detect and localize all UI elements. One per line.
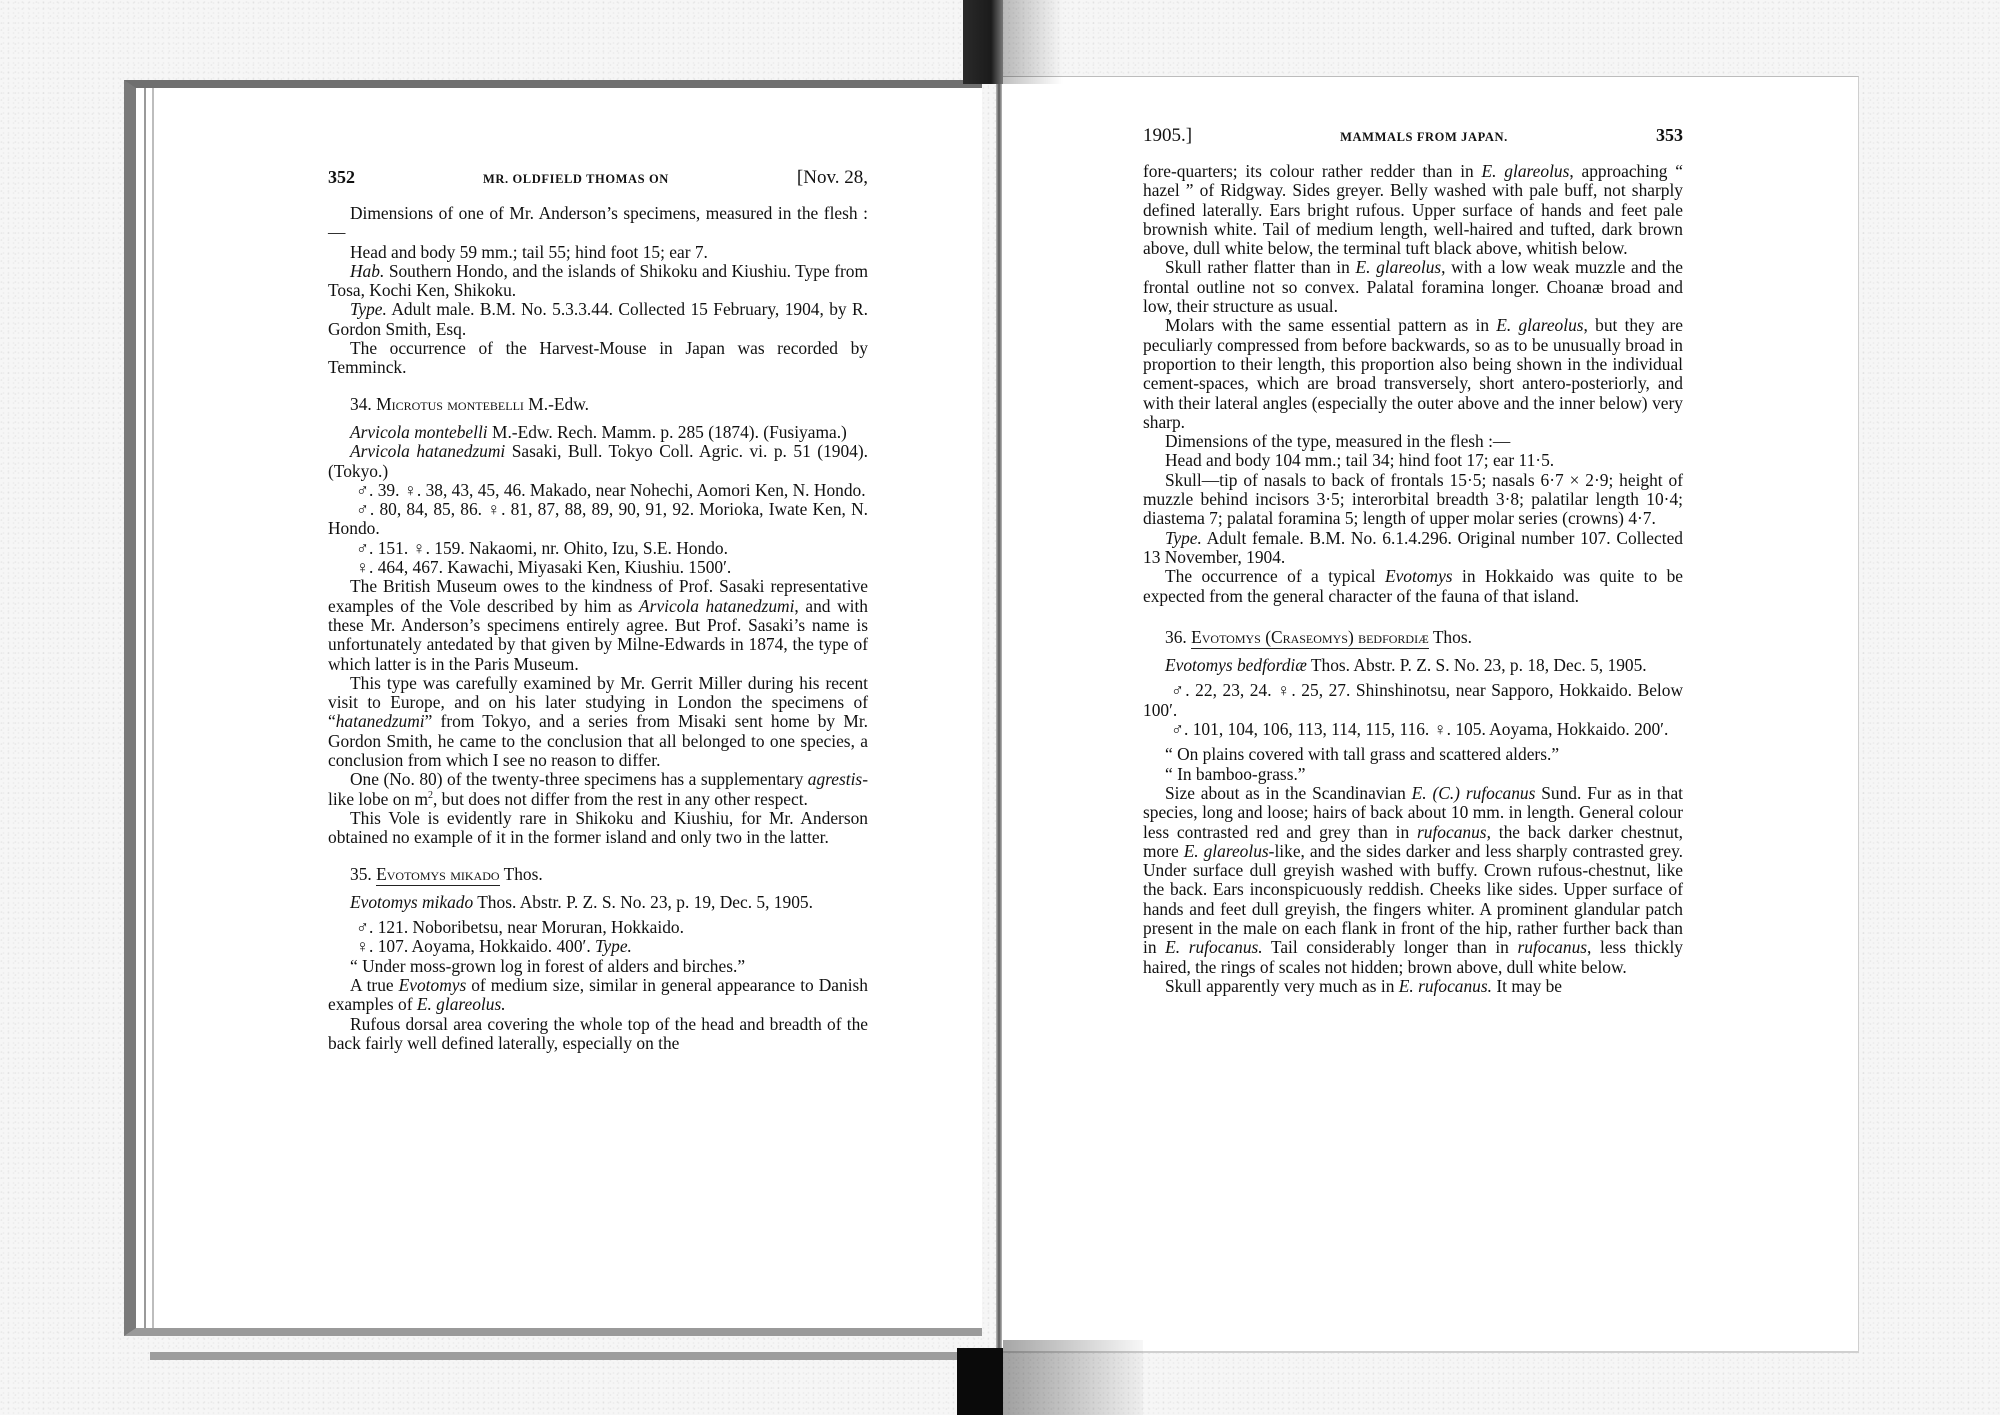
text: Molars with the same essential pattern a… [1165,315,1496,335]
running-title: MAMMALS FROM JAPAN. [1340,128,1508,147]
running-head: 352 MR. OLDFIELD THOMAS ON [Nov. 28, [328,168,868,190]
paragraph: Molars with the same essential pattern a… [1143,316,1683,432]
species-name: Evotomys bedfordiæ [1165,655,1307,675]
paragraph: The British Museum owes to the kindness … [328,577,868,673]
synonym-name: Arvicola hatanedzumi [350,441,505,461]
author: M.-Edw. [528,394,589,414]
reference-text: Thos. Abstr. P. Z. S. No. 23, p. 18, Dec… [1307,655,1647,675]
section-heading-36: 36. Evotomys (Craseomys) bedfordiæ Thos. [1143,628,1683,647]
quote: “ Under moss-grown log in forest of alde… [328,957,868,976]
italic-text: Arvicola hatanedzumi [639,596,794,616]
specimen-list: ♀. 464, 467. Kawachi, Miyasaki Ken, Kius… [328,558,868,577]
text: ♀. 107. Aoyama, Hokkaido. 400′. [356,936,595,956]
paragraph: Skull apparently very much as in E. rufo… [1143,977,1683,996]
paragraph: fore-quarters; its colour rather redder … [1143,162,1683,258]
running-head: 1905.] MAMMALS FROM JAPAN. 353 [1143,126,1683,148]
specimen-list: ♀. 107. Aoyama, Hokkaido. 400′. Type. [328,937,868,956]
synonym: Arvicola montebelli M.-Edw. Rech. Mamm. … [328,423,868,442]
paragraph: Rufous dorsal area covering the whole to… [328,1015,868,1054]
paragraph: Head and body 104 mm.; tail 34; hind foo… [1143,451,1683,470]
synonym-name: Arvicola montebelli [350,422,488,442]
text: Skull rather flatter than in [1165,257,1355,277]
italic-text: agrestis [808,769,862,789]
italic-text: E. rufocanus. [1165,937,1262,957]
paragraph: A true Evotomys of medium size, similar … [328,976,868,1015]
paragraph: Skull rather flatter than in E. glareolu… [1143,258,1683,316]
italic-text: E. glareolus. [417,994,506,1014]
paragraph: Type. Adult female. B.M. No. 6.1.4.296. … [1143,529,1683,568]
paragraph: Head and body 59 mm.; tail 55; hind foot… [328,243,868,262]
italic-text: rufocanus [1517,937,1587,957]
text: It may be [1492,976,1562,996]
left-page: 352 MR. OLDFIELD THOMAS ON [Nov. 28, Dim… [328,168,868,1053]
label: Hab. [350,261,384,281]
section-number: 34. [350,394,372,414]
text: fore-quarters; its colour rather redder … [1143,161,1482,181]
author: Thos. [1433,627,1472,647]
spine-shadow [1003,0,1063,84]
specimen-list: ♂. 151. ♀. 159. Nakaomi, nr. Ohito, Izu,… [328,539,868,558]
section-heading-34: 34. Microtus montebelli M.-Edw. [328,395,868,414]
italic-text: E. glareolus [1496,315,1583,335]
paragraph: The occurrence of the Harvest-Mouse in J… [328,339,868,378]
paragraph: This Vole is evidently rare in Shikoku a… [328,809,868,848]
paragraph: Dimensions of the type, measured in the … [1143,432,1683,451]
text: Skull apparently very much as in [1165,976,1399,996]
author: Thos. [504,864,543,884]
reference: Evotomys bedfordiæ Thos. Abstr. P. Z. S.… [1143,656,1683,675]
reference-text: Thos. Abstr. P. Z. S. No. 23, p. 19, Dec… [473,892,813,912]
text: One (No. 80) of the twenty-three specime… [350,769,808,789]
text: , but does not differ from the rest in a… [433,789,808,809]
section-heading-35: 35. Evotomys mikado Thos. [328,865,868,884]
right-page: 1905.] MAMMALS FROM JAPAN. 353 fore-quar… [1143,126,1683,996]
italic-text: E. glareolus [1482,161,1570,181]
text: Adult female. B.M. No. 6.1.4.296. Origin… [1143,528,1683,567]
specimen-list: ♂. 80, 84, 85, 86. ♀. 81, 87, 88, 89, 90… [328,500,868,539]
species-name: Evotomys mikado [376,864,499,886]
running-title: MR. OLDFIELD THOMAS ON [483,170,669,189]
reference: Evotomys mikado Thos. Abstr. P. Z. S. No… [328,893,868,912]
italic-text: rufocanus [1417,822,1487,842]
paragraph: Type. Adult male. B.M. No. 5.3.3.44. Col… [328,300,868,339]
page-number: 353 [1656,126,1683,145]
type-label: Type. [595,936,632,956]
spine-shadow [1003,1340,1143,1415]
italic-text: Evotomys [399,975,467,995]
text: Southern Hondo, and the islands of Shiko… [328,261,868,300]
specimen-list: ♂. 101, 104, 106, 113, 114, 115, 116. ♀.… [1143,720,1683,739]
italic-text: E. glareolus [1184,841,1269,861]
specimen-list: ♂. 22, 23, 24. ♀. 25, 27. Shinshinotsu, … [1143,681,1683,720]
book-spine-bottom [957,1348,1003,1415]
date-bracket: [Nov. 28, [797,168,868,187]
book-gutter [996,84,1002,1348]
italic-text: E. glareolus [1355,257,1441,277]
paragraph: Hab. Southern Hondo, and the islands of … [328,262,868,301]
synonym: Arvicola hatanedzumi Sasaki, Bull. Tokyo… [328,442,868,481]
quote: “ On plains covered with tall grass and … [1143,745,1683,764]
species-name: Evotomys (Craseomys) bedfordiæ [1191,627,1429,649]
paragraph: Size about as in the Scandinavian E. (C.… [1143,784,1683,977]
text: The occurrence of a typical [1165,566,1385,586]
italic-text: E. rufocanus. [1399,976,1492,996]
page-stack-edge [150,1352,960,1360]
paragraph: The occurrence of a typical Evotomys in … [1143,567,1683,606]
paragraph: One (No. 80) of the twenty-three specime… [328,770,868,809]
reference: M.-Edw. Rech. Mamm. p. 285 (1874). (Fusi… [488,422,847,442]
specimen-list: ♂. 39. ♀. 38, 43, 45, 46. Makado, near N… [328,481,868,500]
book-spine-top [963,0,1003,84]
species-name: Microtus montebelli [376,394,524,414]
page-number: 352 [328,168,355,187]
section-number: 35. [350,864,372,884]
paragraph: Dimensions of one of Mr. Anderson’s spec… [328,204,868,243]
label: Type. [350,299,387,319]
specimen-list: ♂. 121. Noboribetsu, near Moruran, Hokka… [328,918,868,937]
paragraph: This type was carefully examined by Mr. … [328,674,868,770]
label: Type. [1165,528,1202,548]
text: Adult male. B.M. No. 5.3.3.44. Collected… [328,299,868,338]
italic-text: hatanedzumi [336,711,425,731]
date-bracket: 1905.] [1143,126,1192,145]
text: A true [350,975,399,995]
italic-text: E. (C.) rufocanus [1412,783,1536,803]
section-number: 36. [1165,627,1187,647]
species-name: Evotomys mikado [350,892,473,912]
text: Tail considerably longer than in [1263,937,1518,957]
italic-text: Evotomys [1385,566,1453,586]
text: Size about as in the Scandinavian [1165,783,1412,803]
paragraph: Skull—tip of nasals to back of frontals … [1143,471,1683,529]
quote: “ In bamboo-grass.” [1143,765,1683,784]
